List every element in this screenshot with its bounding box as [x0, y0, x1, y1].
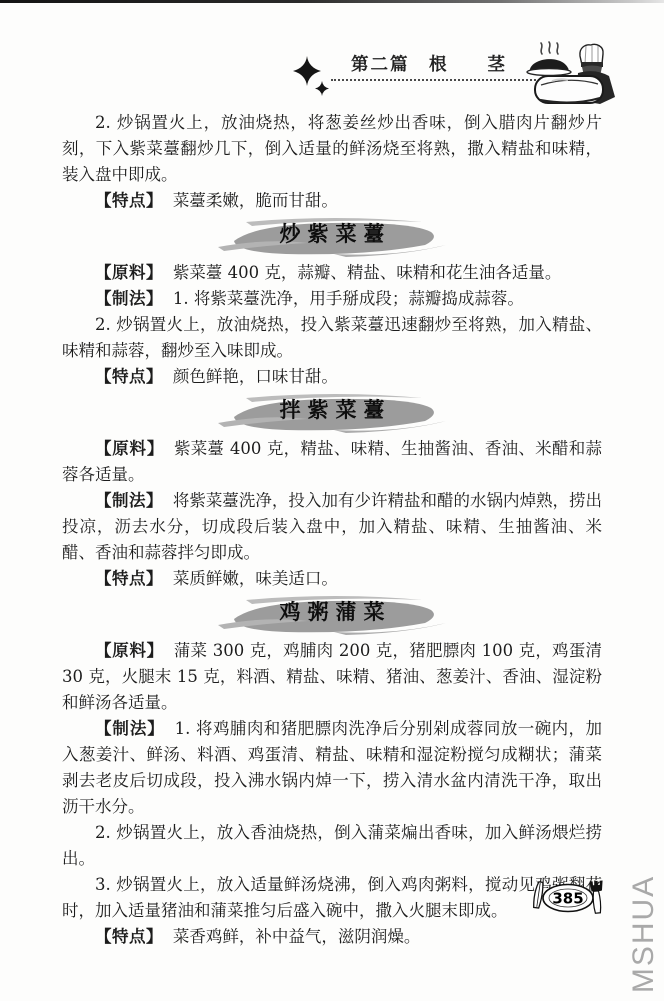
- feature-label: 【特点】: [95, 367, 163, 386]
- method-label: 【制法】: [95, 289, 163, 308]
- page-body: 2. 炒锅置火上，放油烧热，将葱姜丝炒出香味，倒入腊肉片翻炒片刻，下入紫菜薹翻炒…: [62, 110, 602, 950]
- recipe-title-text: 炒紫菜薹: [216, 221, 448, 247]
- knife-icon: [533, 882, 544, 909]
- feature-label: 【特点】: [95, 927, 163, 946]
- sparkle-icon: [289, 55, 333, 99]
- feature-paragraph: 【特点】颜色鲜艳，口味甘甜。: [62, 364, 602, 390]
- ingredients-label: 【原料】: [95, 439, 164, 458]
- recipe-title-chao-zicaitai: 炒紫菜薹: [216, 217, 448, 257]
- page-number-plate: 385: [527, 877, 607, 921]
- header-dotted-rule: [331, 79, 543, 81]
- method-step-text: 3. 炒锅置火上，放入适量鲜汤烧沸，倒入鸡肉粥料，搅动见鸡粥翻花时，加入适量猪油…: [62, 875, 602, 920]
- feature-text: 颜色鲜艳，口味甘甜。: [173, 367, 338, 386]
- intro-feature-text: 菜薹柔嫩，脆而甘甜。: [173, 191, 338, 210]
- method-step-paragraph: 2. 炒锅置火上，放入香油烧热，倒入蒲菜煸出香味，加入鲜汤煨烂捞出。: [62, 820, 602, 872]
- recipe-title-text: 拌紫菜薹: [216, 397, 448, 423]
- feature-paragraph: 【特点】菜质鲜嫩，味美适口。: [62, 566, 602, 592]
- watermark: MSHUA: [624, 867, 664, 1001]
- intro-step-paragraph: 2. 炒锅置火上，放油烧热，将葱姜丝炒出香味，倒入腊肉片翻炒片刻，下入紫菜薹翻炒…: [62, 110, 602, 188]
- chapter-title: 第二篇 根 茎: [351, 51, 507, 76]
- intro-step-text: 2. 炒锅置火上，放油烧热，将葱姜丝炒出香味，倒入腊肉片翻炒片刻，下入紫菜薹翻炒…: [62, 113, 602, 184]
- recipe-title-jizhou-pucai: 鸡粥蒲菜: [216, 595, 448, 635]
- method-label: 【制法】: [95, 491, 163, 510]
- method-paragraph: 【制法】将紫菜薹洗净，投入加有少许精盐和醋的水锅内焯熟，捞出投凉，沥去水分，切成…: [62, 488, 602, 566]
- feature-paragraph: 【特点】菜香鸡鲜，补中益气，滋阴润燥。: [62, 924, 602, 950]
- ingredients-paragraph: 【原料】蒲菜 300 克，鸡脯肉 200 克，猪肥膘肉 100 克，鸡蛋清 30…: [62, 638, 602, 716]
- method-step-text: 2. 炒锅置火上，放油烧热，投入紫菜薹迅速翻炒至将熟，加入精盐、味精和蒜蓉，翻炒…: [62, 315, 602, 360]
- feature-label: 【特点】: [95, 191, 163, 210]
- method-step-text: 1. 将紫菜薹洗净，用手掰成段；蒜瓣捣成蒜蓉。: [173, 289, 524, 308]
- page-header: 第二篇 根 茎: [0, 0, 664, 108]
- method-step-text: 2. 炒锅置火上，放入香油烧热，倒入蒲菜煸出香味，加入鲜汤煨烂捞出。: [62, 823, 602, 868]
- ingredients-paragraph: 【原料】紫菜薹 400 克，精盐、味精、生抽酱油、香油、米醋和蒜蓉各适量。: [62, 436, 602, 488]
- ingredients-label: 【原料】: [95, 641, 164, 660]
- feature-text: 菜质鲜嫩，味美适口。: [173, 569, 338, 588]
- feature-text: 菜香鸡鲜，补中益气，滋阴润燥。: [173, 927, 421, 946]
- ingredients-label: 【原料】: [95, 263, 163, 282]
- ingredients-paragraph: 【原料】紫菜薹 400 克，蒜瓣、精盐、味精和花生油各适量。: [62, 260, 602, 286]
- intro-feature-paragraph: 【特点】菜薹柔嫩，脆而甘甜。: [62, 188, 602, 214]
- book-page: 第二篇 根 茎 2. 炒锅置火上，放油烧热，将葱姜丝炒出香味，倒入腊: [0, 0, 664, 1001]
- method-paragraph: 【制法】1. 将紫菜薹洗净，用手掰成段；蒜瓣捣成蒜蓉。: [62, 286, 602, 312]
- method-label: 【制法】: [95, 719, 165, 738]
- ingredients-text: 紫菜薹 400 克，蒜瓣、精盐、味精和花生油各适量。: [173, 263, 561, 282]
- method-step-paragraph: 3. 炒锅置火上，放入适量鲜汤烧沸，倒入鸡肉粥料，搅动见鸡粥翻花时，加入适量猪油…: [62, 872, 602, 924]
- recipe-title-text: 鸡粥蒲菜: [216, 599, 448, 625]
- watermark-text: MSHUA: [627, 875, 661, 993]
- chef-illustration-icon: [522, 40, 622, 106]
- feature-label: 【特点】: [95, 569, 163, 588]
- recipe-title-ban-zicaitai: 拌紫菜薹: [216, 393, 448, 433]
- page-number: 385: [552, 890, 583, 908]
- method-step-paragraph: 2. 炒锅置火上，放油烧热，投入紫菜薹迅速翻炒至将熟，加入精盐、味精和蒜蓉，翻炒…: [62, 312, 602, 364]
- method-paragraph: 【制法】1. 将鸡脯肉和猪肥膘肉洗净后分别剁成蓉同放一碗内，加入葱姜汁、鲜汤、料…: [62, 716, 602, 820]
